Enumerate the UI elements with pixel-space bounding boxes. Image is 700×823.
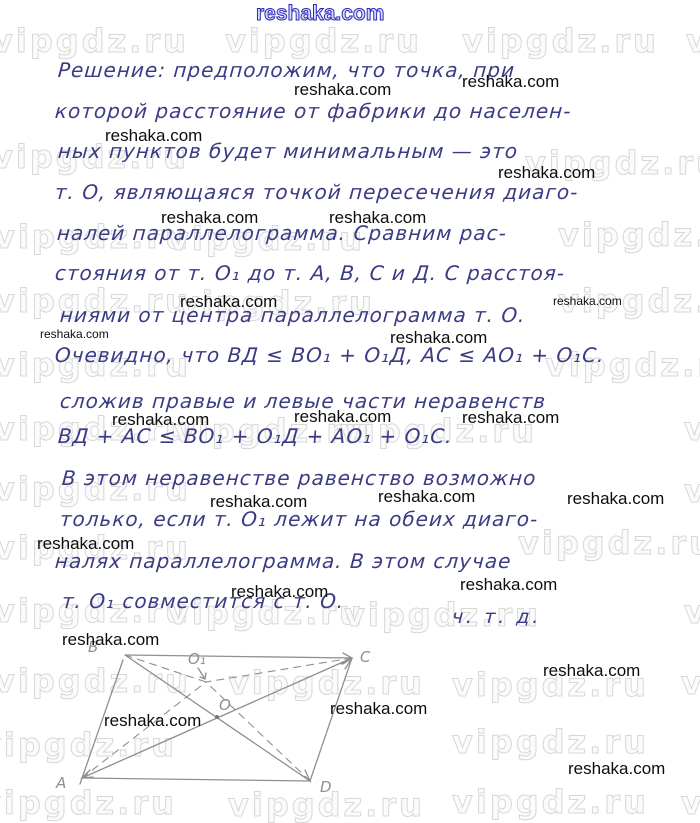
top-brand-watermark: reshaka.com: [256, 2, 384, 26]
reshaka-watermark: reshaka.com: [567, 489, 664, 509]
reshaka-watermark: reshaka.com: [330, 699, 427, 719]
reshaka-watermark: reshaka.com: [294, 407, 391, 427]
reshaka-watermark: reshaka.com: [180, 292, 277, 312]
reshaka-watermark: reshaka.com: [462, 408, 559, 428]
reshaka-watermark: reshaka.com: [329, 208, 426, 228]
reshaka-watermark: reshaka.com: [105, 126, 202, 146]
reshaka-watermark: reshaka.com: [210, 492, 307, 512]
reshaka-watermark: reshaka.com: [40, 327, 109, 341]
reshaka-watermark: reshaka.com: [231, 582, 328, 602]
reshaka-watermark: reshaka.com: [553, 294, 622, 308]
reshaka-watermark: reshaka.com: [378, 487, 475, 507]
reshaka-watermark: reshaka.com: [62, 630, 159, 650]
reshaka-watermark: reshaka.com: [112, 410, 209, 430]
reshaka-watermark: reshaka.com: [543, 661, 640, 681]
reshaka-watermark: reshaka.com: [104, 711, 201, 731]
reshaka-watermark-layer: reshaka.com reshaka.comreshaka.comreshak…: [0, 0, 700, 823]
reshaka-watermark: reshaka.com: [568, 759, 665, 779]
reshaka-watermark: reshaka.com: [294, 80, 391, 100]
reshaka-watermark: reshaka.com: [498, 163, 595, 183]
reshaka-watermark: reshaka.com: [462, 72, 559, 92]
scanned-solution-page: vipgdz.ruvipgdz.ruvipgdz.ruvipgdz.ruvipg…: [0, 0, 700, 823]
reshaka-watermark: reshaka.com: [161, 208, 258, 228]
reshaka-watermark: reshaka.com: [390, 328, 487, 348]
reshaka-watermark: reshaka.com: [37, 534, 134, 554]
reshaka-watermark: reshaka.com: [460, 575, 557, 595]
